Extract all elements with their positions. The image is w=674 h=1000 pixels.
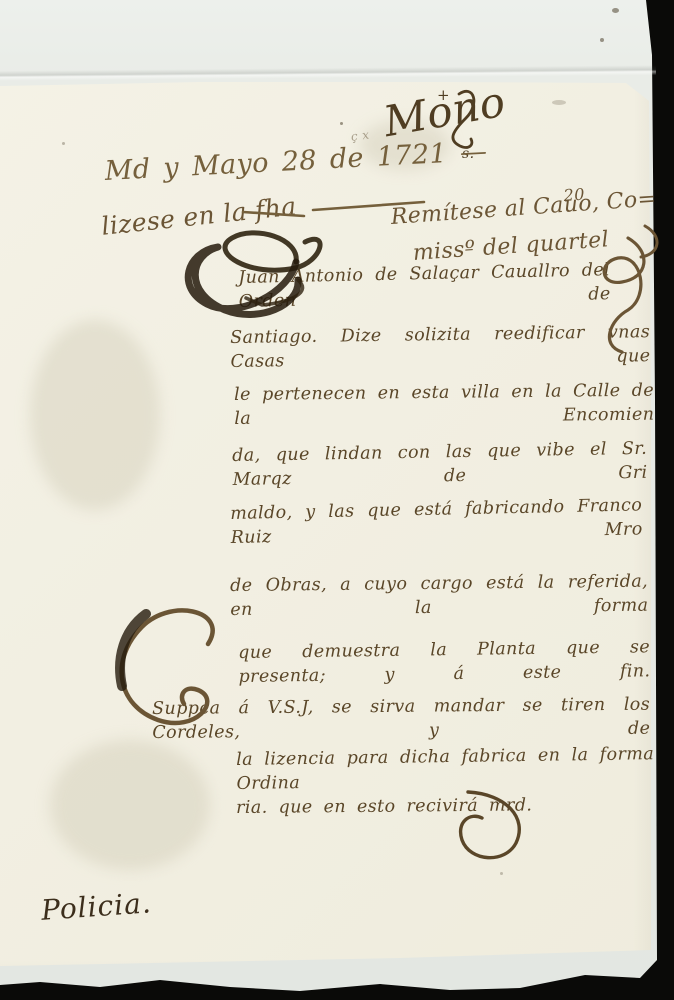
paper-speck [340,122,343,125]
paper-speck [62,142,65,145]
petition-line: Suppca á V.S.J, se sirva mandar se tiren… [152,693,650,723]
petition-line: le pertenecen en esta villa en la Calle … [234,379,654,409]
paper-speck [500,872,503,875]
paper-speck [612,8,619,13]
ink-showthrough-blot [30,320,160,510]
petition-line: Santiago. Dize solizita reedificar vnas … [230,320,650,352]
petition-line: de Obras, a cuyo cargo está la referida,… [230,570,648,600]
petition-line: que demuestra la Planta que se presenta;… [238,635,650,667]
archive-mark-superscript: + [437,86,450,104]
manuscript-scan: Mono + s. ç x Md y Mayo 28 de 1721 — liz… [0,0,674,1000]
petition-line: ria. que en esto recivirá mrd. [236,795,532,818]
paper-speck [600,38,604,42]
ink-showthrough-blot [50,740,210,870]
paper-speck [552,100,566,105]
